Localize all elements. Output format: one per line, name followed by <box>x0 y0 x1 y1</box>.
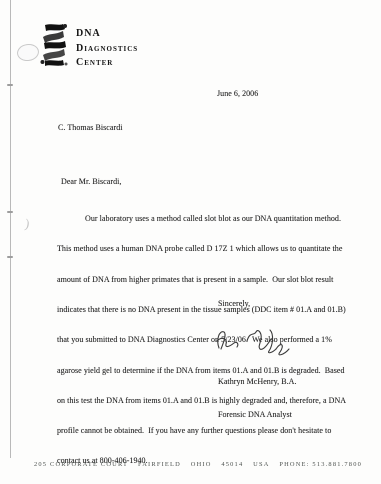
stray-ink-mark: ) <box>24 216 31 233</box>
body-line: agarose yield gel to determine if the DN… <box>57 366 346 376</box>
signer-title: Forensic DNA Analyst <box>218 409 297 420</box>
logo-line-dna: DNA <box>76 26 138 41</box>
logo-line-diagnostics: DIAGNOSTICS <box>76 41 138 56</box>
footer-phone: PHONE: 513.881.7800 <box>279 461 362 468</box>
letter-date: June 6, 2006 <box>217 89 258 98</box>
footer-address-bar: 205 CORPORATE COURT FAIRFIELD OHIO 45014… <box>34 461 362 468</box>
body-line: amount of DNA from higher primates that … <box>57 275 346 285</box>
dna-helix-icon <box>39 23 69 67</box>
hole-punch-mark <box>16 43 40 63</box>
signature-block: Kathryn McHenry, B.A. Forensic DNA Analy… <box>218 354 297 442</box>
scan-tick-mark <box>7 256 13 258</box>
body-line: Our laboratory uses a method called slot… <box>57 214 346 224</box>
letterhead: DNA DIAGNOSTICS CENTER <box>39 23 138 70</box>
body-line: profile cannot be obtained. If you have … <box>57 426 346 436</box>
signer-name: Kathryn McHenry, B.A. <box>218 376 297 387</box>
salutation: Dear Mr. Biscardi, <box>61 177 121 186</box>
recipient-name: C. Thomas Biscardi <box>58 123 123 132</box>
scan-edge-line <box>10 0 11 458</box>
body-line: indicates that there is no DNA present i… <box>57 305 346 315</box>
scanned-letter-page: ) DNA DIAGNOSTICS CENTER June 6, 2006 C.… <box>0 0 381 484</box>
footer-state: OHIO <box>191 461 212 468</box>
footer-country: USA <box>253 461 269 468</box>
logo-text: DNA DIAGNOSTICS CENTER <box>76 26 138 70</box>
footer-street: 205 CORPORATE COURT <box>34 461 128 468</box>
handwritten-signature <box>213 322 305 356</box>
scan-tick-mark <box>7 211 13 213</box>
scan-tick-mark <box>7 84 13 86</box>
footer-city: FAIRFIELD <box>138 461 181 468</box>
body-line: on this test the DNA from items 01.A and… <box>57 396 346 406</box>
logo-line-center: CENTER <box>76 55 138 70</box>
body-line: This method uses a human DNA probe calle… <box>57 244 346 254</box>
closing: Sincerely, <box>218 299 250 308</box>
footer-zip: 45014 <box>221 461 243 468</box>
